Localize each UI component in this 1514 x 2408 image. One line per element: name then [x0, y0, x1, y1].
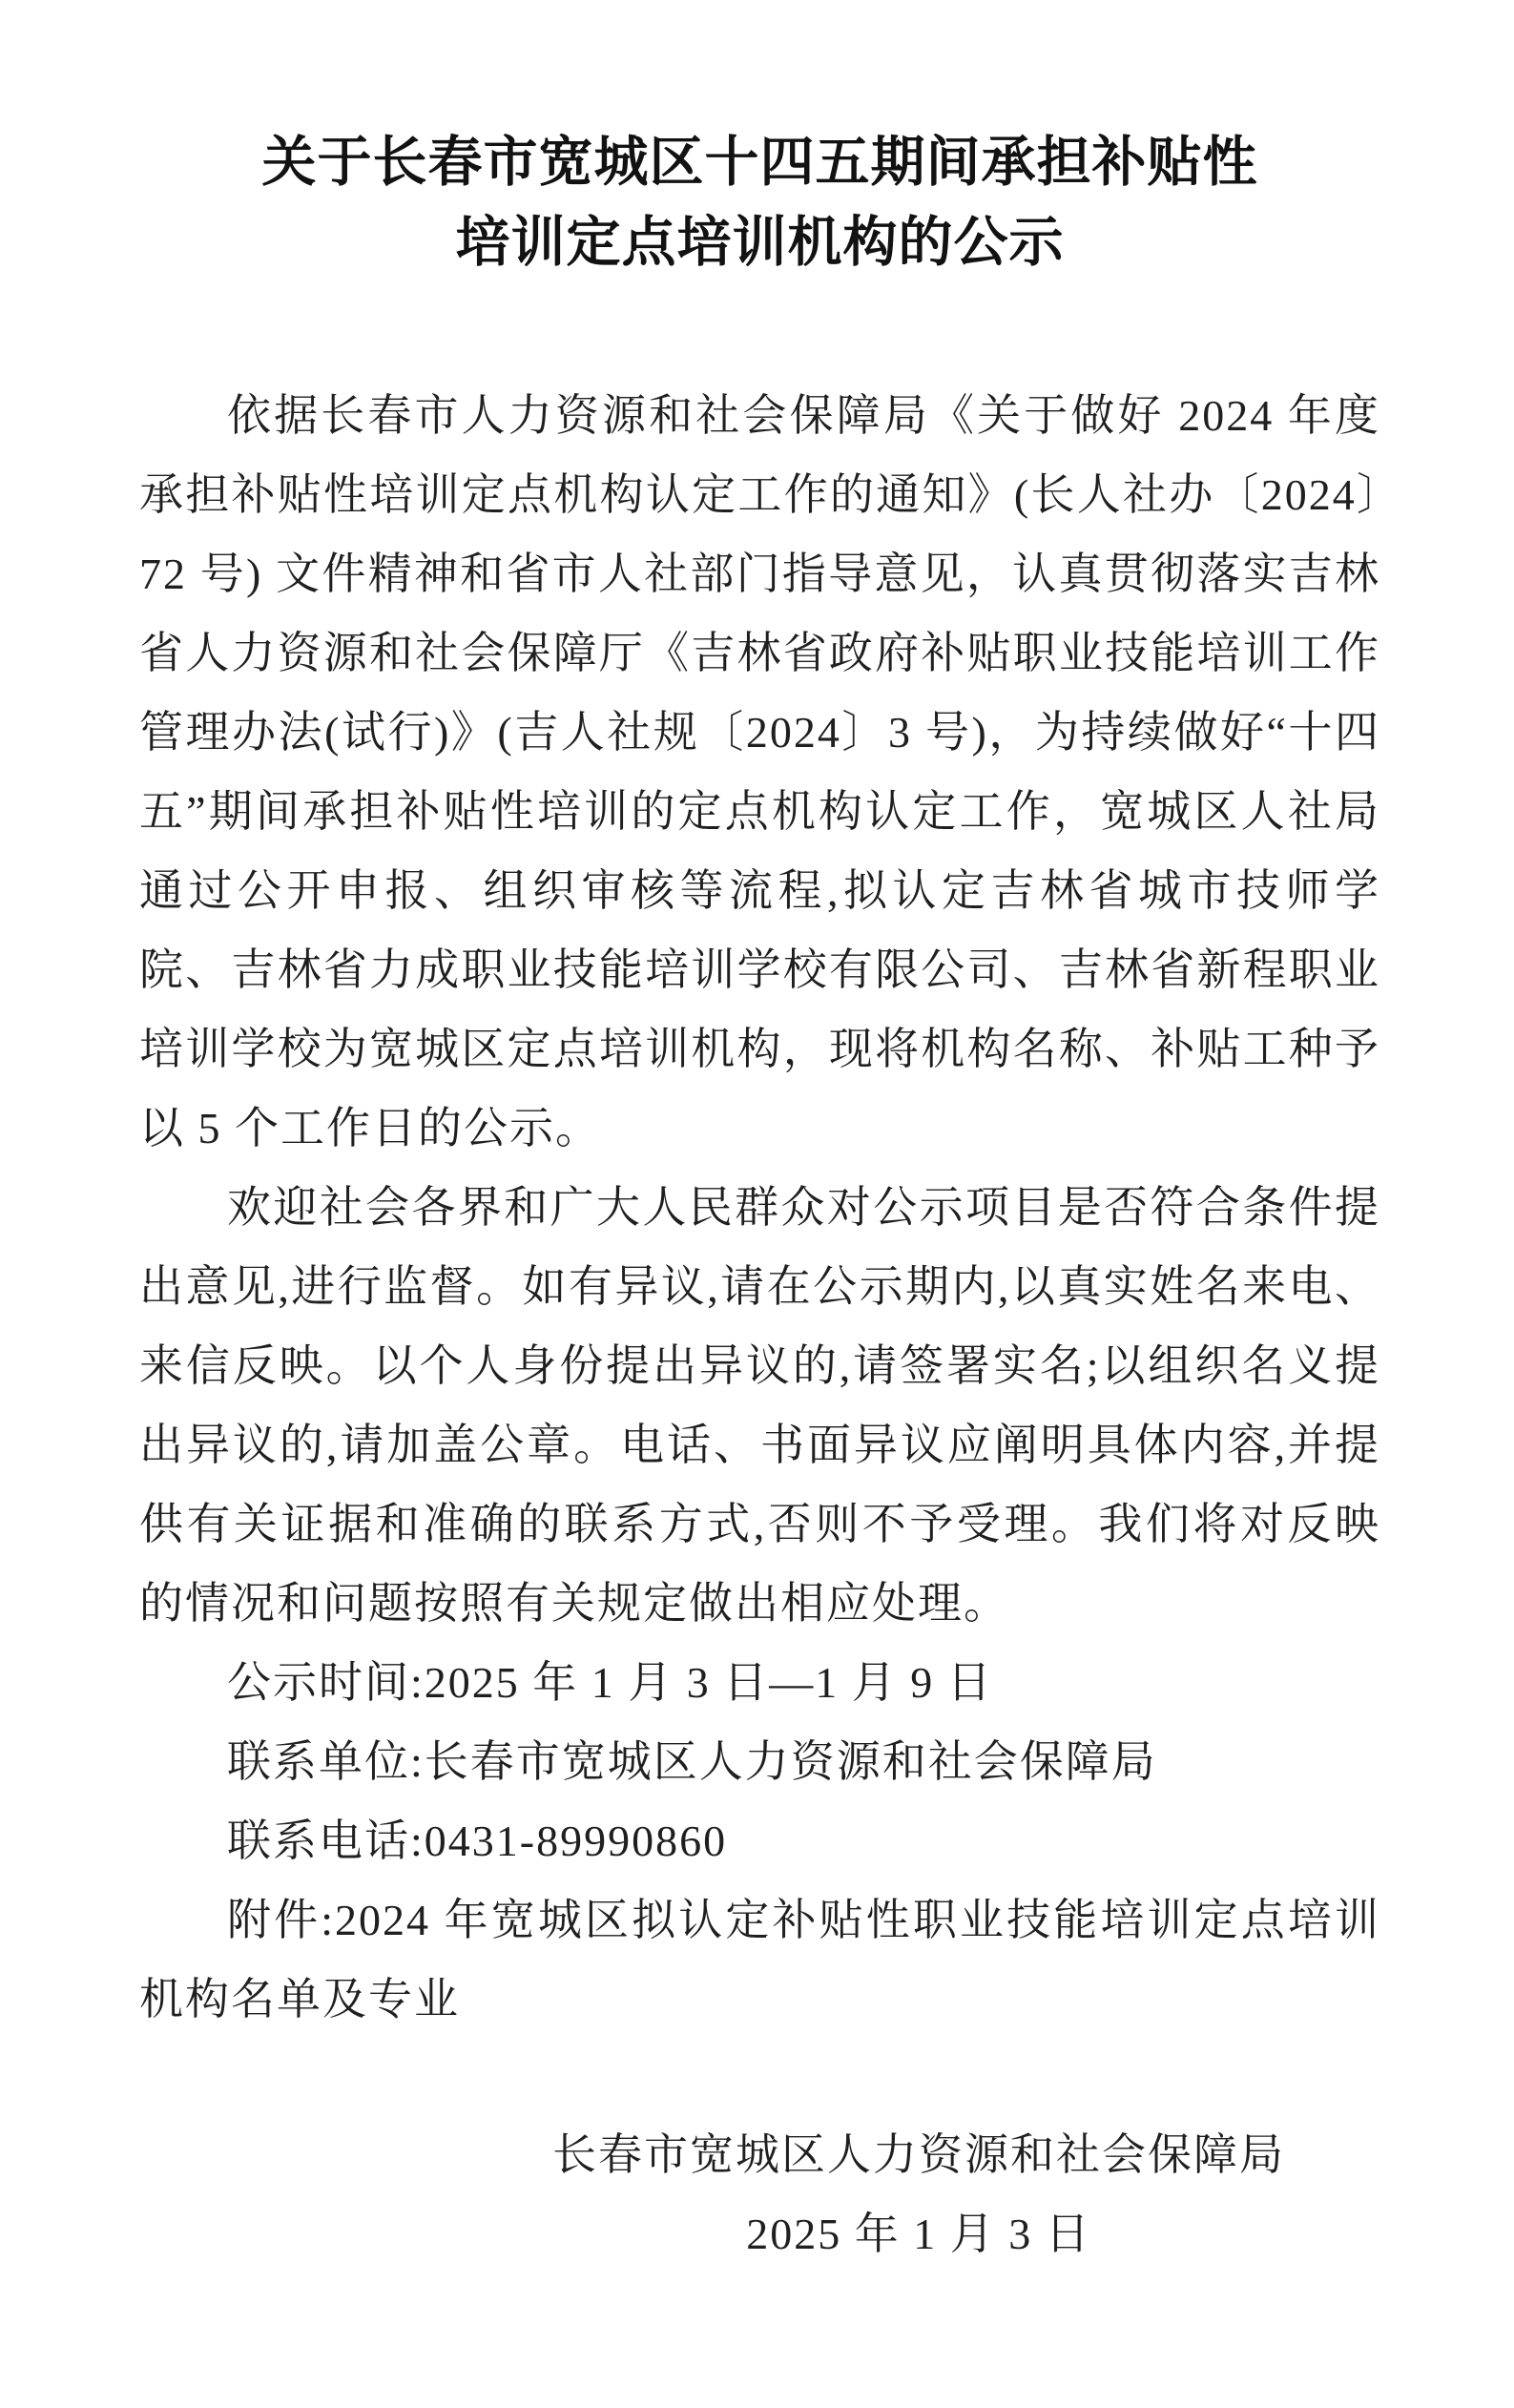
document-title: 关于长春市宽城区十四五期间承担补贴性 培训定点培训机构的公示	[139, 122, 1380, 282]
document-body: 依据长春市人力资源和社会保障局《关于做好 2024 年度承担补贴性培训定点机构认…	[139, 376, 1380, 2039]
document-content: 关于长春市宽城区十四五期间承担补贴性 培训定点培训机构的公示 依据长春市人力资源…	[0, 122, 1514, 2273]
document-page: 关于长春市宽城区十四五期间承担补贴性 培训定点培训机构的公示 依据长春市人力资源…	[0, 0, 1514, 2408]
contact-phone-line: 联系电话:0431-89990860	[139, 1801, 1380, 1880]
contact-unit-line: 联系单位:长春市宽城区人力资源和社会保障局	[139, 1722, 1380, 1801]
publicity-period-line: 公示时间:2025 年 1 月 3 日—1 月 9 日	[139, 1643, 1380, 1722]
body-paragraph-feedback: 欢迎社会各界和广大人民群众对公示项目是否符合条件提出意见,进行监督。如有异议,请…	[139, 1168, 1380, 1643]
signature-inner: 长春市宽城区人力资源和社会保障局 2025 年 1 月 3 日	[552, 2115, 1285, 2273]
signature-date: 2025 年 1 月 3 日	[552, 2194, 1285, 2273]
signature-block: 长春市宽城区人力资源和社会保障局 2025 年 1 月 3 日	[139, 2115, 1380, 2273]
body-paragraph-basis: 依据长春市人力资源和社会保障局《关于做好 2024 年度承担补贴性培训定点机构认…	[139, 376, 1380, 1168]
title-line-2: 培训定点培训机构的公示	[139, 202, 1380, 282]
signature-organization: 长春市宽城区人力资源和社会保障局	[552, 2115, 1285, 2194]
attachment-line: 附件:2024 年宽城区拟认定补贴性职业技能培训定点培训机构名单及专业	[139, 1880, 1380, 2039]
title-line-1: 关于长春市宽城区十四五期间承担补贴性	[139, 122, 1380, 202]
